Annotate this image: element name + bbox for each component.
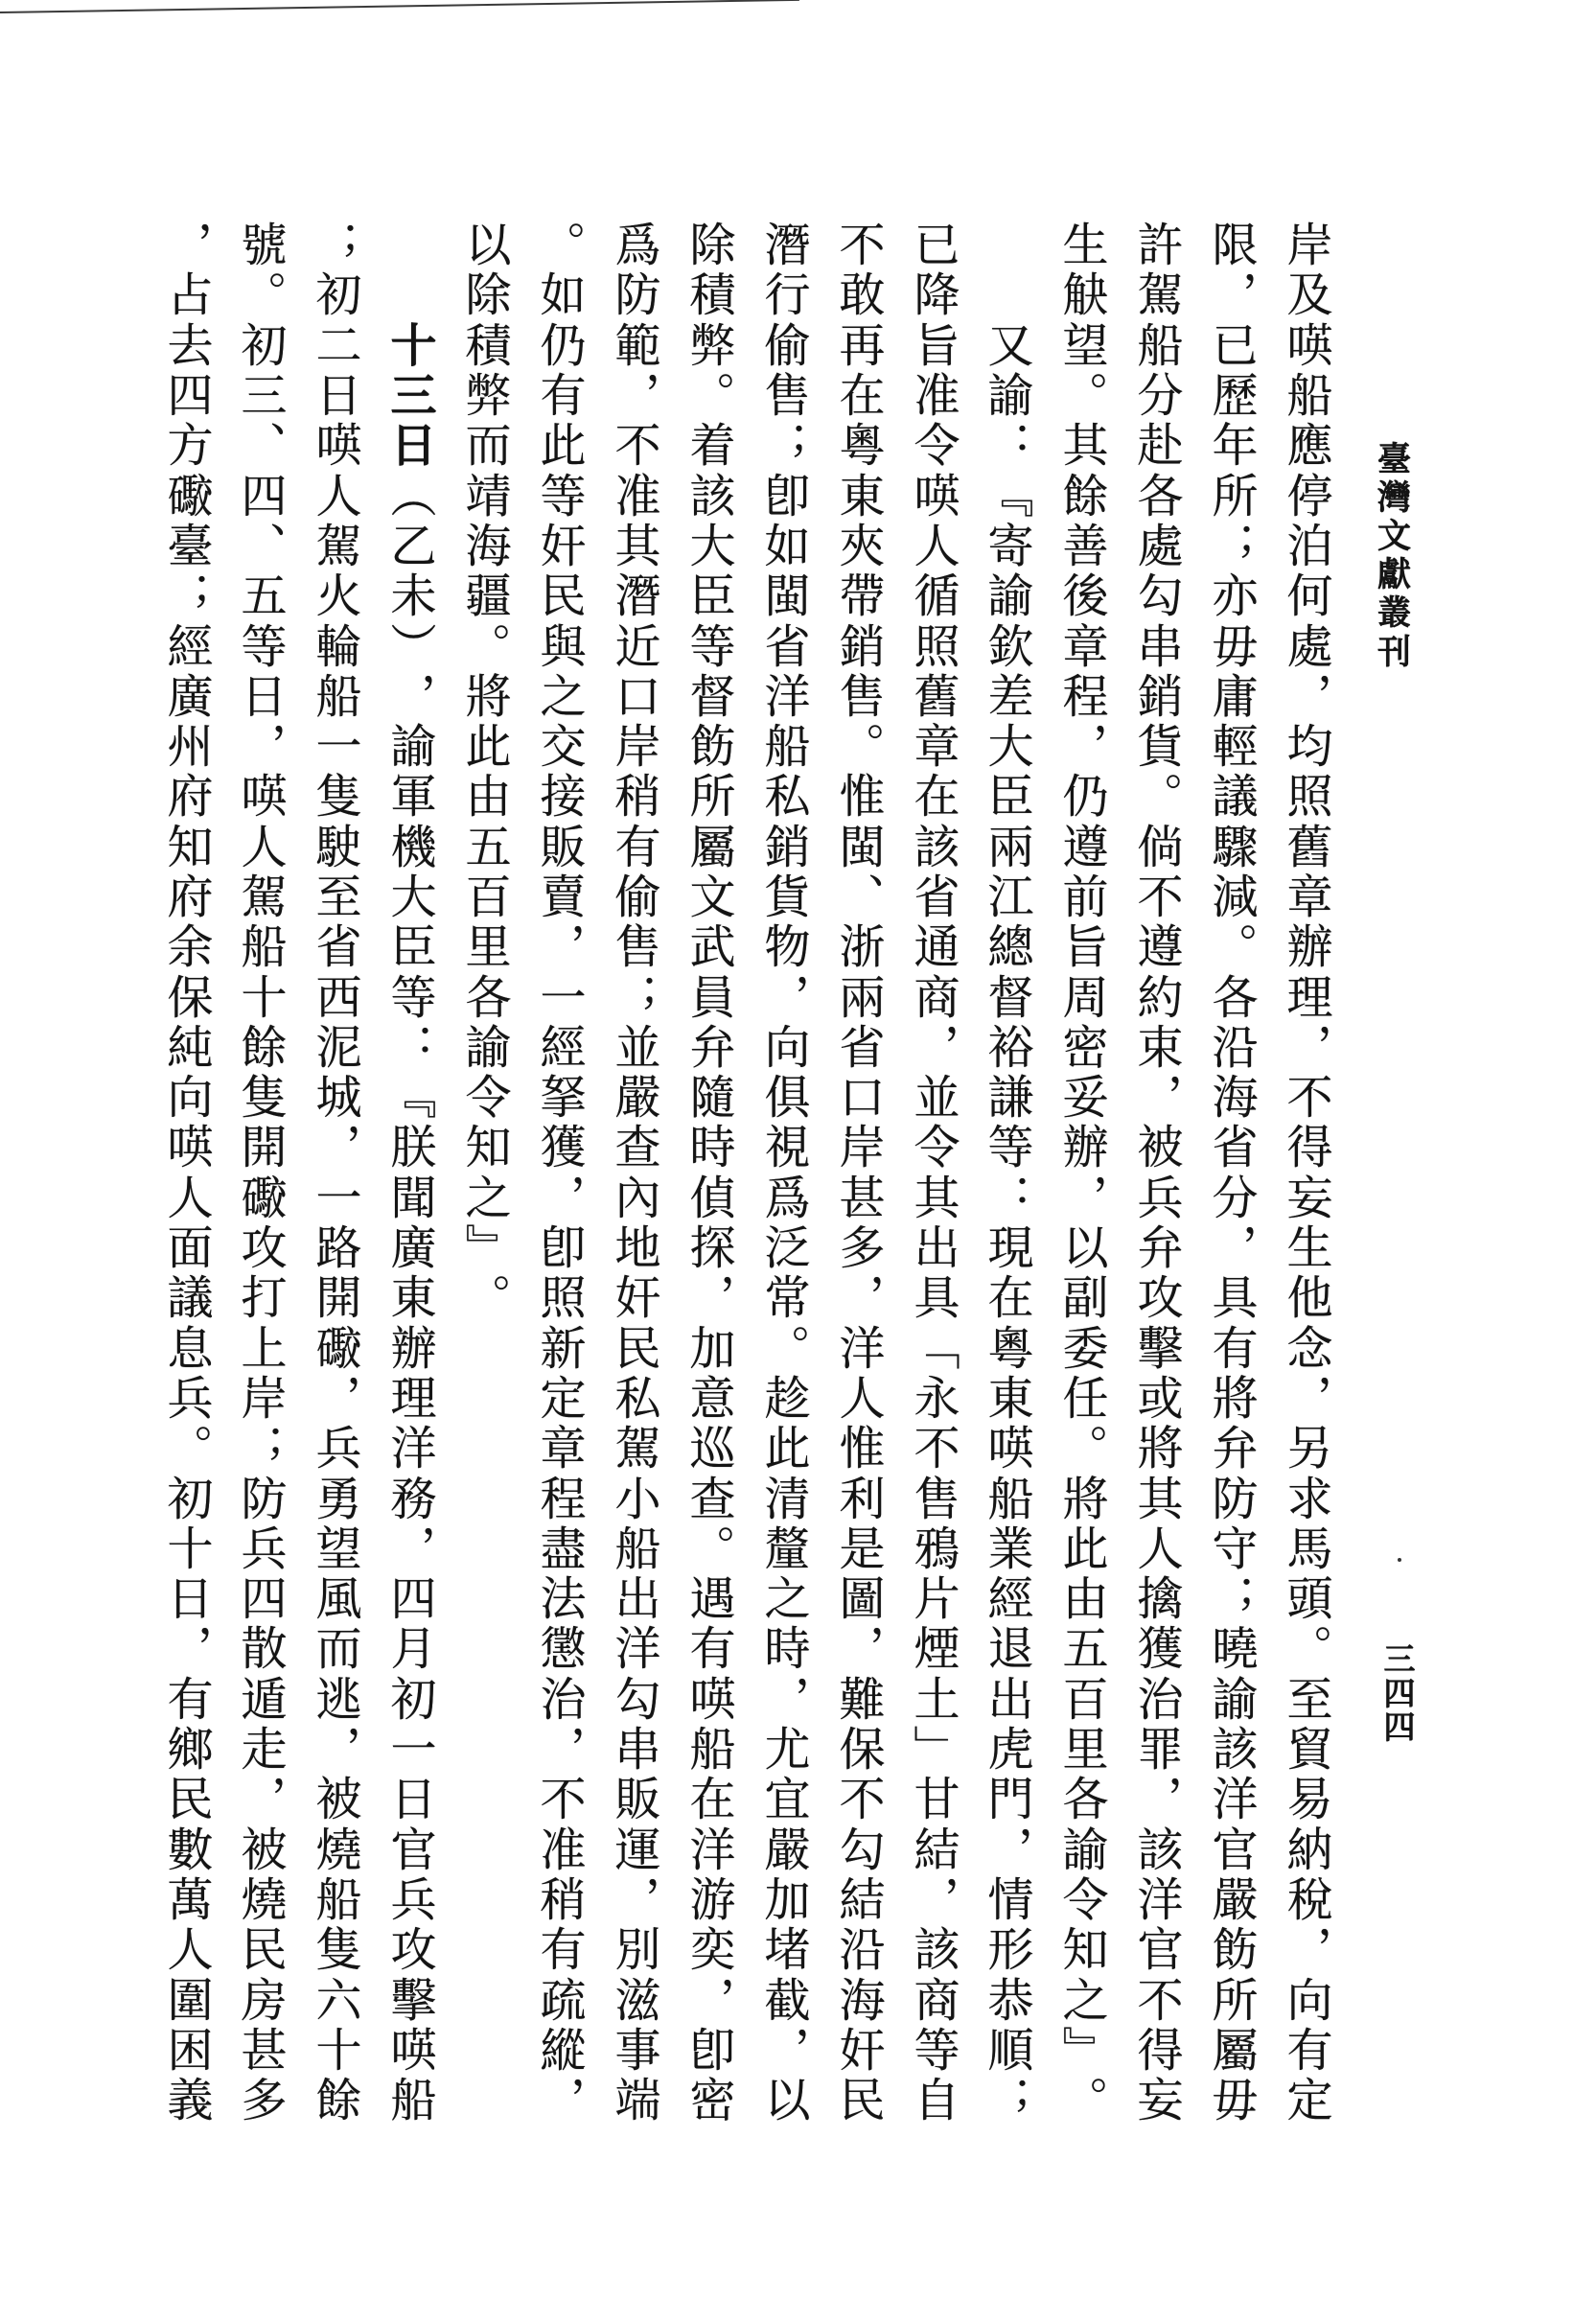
glyph: 販 (530, 821, 588, 871)
glyph: ， (381, 1522, 438, 1572)
glyph: 省 (1202, 1121, 1260, 1171)
glyph: 售 (829, 670, 887, 720)
glyph: 弊 (455, 369, 513, 419)
glyph: 時 (680, 1121, 737, 1171)
glyph: 令 (1052, 1873, 1110, 1923)
glyph: 理 (381, 1372, 438, 1422)
text-column: 潛行偷售；卽如閩省洋船私銷貨物，向俱視爲泛常。趁此清釐之時，尤宜嚴加堵截，以 (754, 219, 812, 2124)
glyph: 日 (381, 419, 438, 469)
glyph: 日 (231, 670, 289, 720)
glyph: 至 (1277, 1673, 1334, 1723)
glyph: 稍 (530, 1873, 588, 1923)
glyph: 或 (1127, 1372, 1185, 1422)
glyph: 𠸄 (231, 770, 289, 820)
glyph: 四 (231, 1572, 289, 1622)
glyph: 令 (455, 1071, 513, 1121)
glyph: 查 (680, 1472, 737, 1522)
glyph: 辦 (1052, 1121, 1110, 1171)
glyph: 周 (1052, 970, 1110, 1020)
glyph: 等 (231, 619, 289, 669)
glyph: 售 (605, 920, 662, 970)
glyph: 號 (231, 219, 289, 268)
glyph: 岸 (231, 1372, 289, 1422)
glyph: 觖 (1052, 268, 1110, 318)
glyph: 宜 (754, 1773, 812, 1823)
glyph: 偷 (605, 871, 662, 920)
glyph: 銷 (829, 619, 887, 669)
glyph: 舊 (904, 670, 961, 720)
glyph: 洋 (1127, 1873, 1185, 1923)
text-column: 。如仍有此等奸民與之交接販賣，一經拏獲，卽照新定章程盡法懲治，不准稍有疏縱， (530, 219, 588, 2124)
glyph: 應 (1277, 419, 1334, 469)
glyph: 船 (381, 2074, 438, 2124)
glyph: 屬 (680, 821, 737, 871)
glyph: 別 (605, 1923, 662, 1973)
glyph: 。 (530, 219, 588, 268)
glyph: 。 (455, 1271, 513, 1321)
glyph: 所 (1202, 1973, 1260, 2023)
glyph: 將 (1052, 1472, 1110, 1522)
glyph: ； (306, 219, 363, 268)
glyph: 洋 (754, 670, 812, 720)
glyph: 該 (904, 1923, 961, 1973)
glyph: 困 (157, 2024, 215, 2074)
glyph: 日 (381, 1773, 438, 1823)
glyph: 辦 (1277, 920, 1334, 970)
glyph: 有 (680, 1622, 737, 1672)
glyph: 再 (829, 319, 887, 369)
glyph: 並 (904, 1071, 961, 1121)
glyph: 民 (605, 1322, 662, 1372)
glyph: 江 (978, 871, 1035, 920)
glyph: 餘 (306, 2074, 363, 2124)
text-column: 以除積弊而靖海疆。將此由五百里各諭令知之』。 (455, 219, 513, 1322)
page-number: 三四四 (1378, 1641, 1417, 1744)
glyph: 初 (231, 319, 289, 369)
glyph: 經 (157, 619, 215, 669)
glyph: 奕 (680, 1923, 737, 1973)
glyph: 三 (381, 369, 438, 419)
glyph: 船 (1127, 319, 1185, 369)
glyph: 具 (904, 1271, 961, 1321)
glyph: 總 (978, 920, 1035, 970)
glyph: 退 (978, 1622, 1035, 1672)
glyph: 得 (1127, 2024, 1185, 2074)
glyph: 任 (1052, 1372, 1110, 1422)
glyph: 商 (904, 970, 961, 1020)
glyph: 礮 (306, 1322, 363, 1372)
glyph: ， (381, 670, 438, 720)
glyph: 出 (605, 1572, 662, 1622)
glyph: 保 (157, 970, 215, 1020)
glyph: 東 (381, 1271, 438, 1321)
glyph: 隨 (680, 1071, 737, 1121)
glyph: 貨 (754, 871, 812, 920)
glyph: 帶 (829, 569, 887, 619)
glyph: 旨 (904, 319, 961, 369)
glyph: 另 (1277, 1422, 1334, 1472)
glyph: 閩 (829, 821, 887, 871)
glyph: 𠸄 (381, 2024, 438, 2074)
glyph: 貿 (1277, 1723, 1334, 1773)
glyph: 諭 (978, 369, 1035, 419)
glyph: 萬 (157, 1873, 215, 1923)
scan-edge-line (0, 0, 799, 13)
glyph: 束 (1127, 1021, 1185, 1071)
glyph: 後 (1052, 569, 1110, 619)
glyph: 物 (754, 920, 812, 970)
glyph: 有 (530, 369, 588, 419)
glyph: 守 (1202, 1522, 1260, 1572)
glyph: 等 (530, 469, 588, 519)
glyph: 妄 (1127, 2074, 1185, 2124)
glyph: 如 (754, 520, 812, 569)
glyph: 納 (1277, 1824, 1334, 1873)
glyph: ， (530, 2074, 588, 2124)
glyph: 不 (829, 219, 887, 268)
glyph: ； (231, 1422, 289, 1472)
glyph: 省 (829, 1021, 887, 1071)
glyph: 已 (904, 219, 961, 268)
glyph: 治 (530, 1673, 588, 1723)
glyph: 西 (306, 970, 363, 1020)
glyph: 許 (1127, 219, 1185, 268)
glyph: 。 (1052, 369, 1110, 419)
glyph: 議 (157, 1271, 215, 1321)
glyph: 探 (680, 1221, 737, 1271)
glyph: 何 (1277, 569, 1334, 619)
glyph: 卽 (530, 1221, 588, 1271)
glyph: 多 (829, 1221, 887, 1271)
glyph: 此 (1052, 1522, 1110, 1572)
glyph: 已 (1202, 319, 1260, 369)
glyph: 片 (904, 1572, 961, 1622)
glyph: 擒 (1127, 1572, 1185, 1622)
glyph: 、 (829, 871, 887, 920)
glyph: 浙 (829, 920, 887, 970)
text-column: 除積弊。着該大臣等督飭所屬文武員弁隨時偵探，加意巡查。遇有𠸄船在洋游奕，卽密 (680, 219, 737, 2124)
glyph: ， (829, 1271, 887, 1321)
glyph: 日 (157, 1572, 215, 1622)
glyph: 海 (455, 520, 513, 569)
glyph: 十 (306, 2024, 363, 2074)
glyph: 海 (829, 1973, 887, 2023)
glyph: 岸 (605, 720, 662, 770)
glyph: 被 (306, 1773, 363, 1823)
glyph: 泊 (1277, 520, 1334, 569)
glyph: 將 (1127, 1422, 1185, 1472)
glyph: 又 (978, 319, 1035, 369)
glyph: 勾 (605, 1673, 662, 1723)
glyph: 減 (1202, 871, 1260, 920)
glyph: 旨 (1052, 920, 1110, 970)
glyph: 生 (1052, 219, 1110, 268)
glyph: 等 (680, 619, 737, 669)
glyph: ， (605, 369, 662, 419)
glyph: 、 (231, 419, 289, 469)
glyph: 防 (605, 268, 662, 318)
glyph: 機 (381, 821, 438, 871)
glyph: 以 (754, 2074, 812, 2124)
glyph: 臣 (680, 569, 737, 619)
glyph: ， (754, 1673, 812, 1723)
glyph: 有 (157, 1673, 215, 1723)
glyph: ； (157, 569, 215, 619)
text-column: 已降旨准令𠸄人循照舊章在該省通商，並令其出具「永不售鴉片煙土」甘結，該商等自 (904, 219, 961, 2124)
glyph: 諭 (455, 1021, 513, 1071)
glyph: 民 (157, 1773, 215, 1823)
glyph: 省 (904, 871, 961, 920)
glyph: 知 (157, 821, 215, 871)
glyph: 刊 (1373, 631, 1411, 669)
glyph: 遇 (680, 1572, 737, 1622)
glyph: 洋 (829, 1322, 887, 1372)
glyph: 飭 (680, 720, 737, 770)
glyph: 擊 (381, 1973, 438, 2023)
glyph: 念 (1277, 1322, 1334, 1372)
glyph: 堵 (754, 1923, 812, 1973)
glyph: 遵 (1052, 821, 1110, 871)
glyph: 員 (680, 970, 737, 1020)
glyph: 驟 (1202, 821, 1260, 871)
glyph: 。 (157, 1422, 215, 1472)
glyph: 。 (1202, 920, 1260, 970)
glyph: ） (381, 619, 438, 669)
glyph: 分 (1202, 1172, 1260, 1221)
glyph: 其 (1052, 419, 1110, 469)
glyph: 該 (1127, 1824, 1185, 1873)
glyph: 岸 (1277, 219, 1334, 268)
glyph: 州 (157, 720, 215, 770)
glyph: 文 (680, 871, 737, 920)
glyph: 善 (1052, 520, 1110, 569)
glyph: ， (1127, 1773, 1185, 1823)
glyph: 散 (231, 1622, 289, 1672)
glyph: 處 (1127, 520, 1185, 569)
glyph: ， (157, 219, 215, 268)
glyph: ， (1277, 1372, 1334, 1422)
glyph: ； (754, 419, 812, 469)
glyph: 官 (1127, 1923, 1185, 1973)
glyph: 前 (1052, 871, 1110, 920)
glyph: ： (978, 1172, 1035, 1221)
glyph: ， (231, 720, 289, 770)
glyph: 偵 (680, 1172, 737, 1221)
glyph: 廣 (381, 1221, 438, 1271)
glyph: 向 (1277, 1973, 1334, 2023)
glyph: 大 (680, 520, 737, 569)
glyph: 軍 (381, 770, 438, 820)
glyph: 議 (1202, 770, 1260, 820)
glyph: 省 (754, 619, 812, 669)
glyph: 保 (829, 1723, 887, 1773)
glyph: 私 (754, 770, 812, 820)
glyph: 業 (978, 1522, 1035, 1572)
glyph: ； (1202, 520, 1260, 569)
glyph: 勾 (829, 1824, 887, 1873)
glyph: ， (1127, 1071, 1185, 1121)
glyph: 𠸄 (157, 1121, 215, 1171)
glyph: 除 (455, 268, 513, 318)
glyph: 臺 (1373, 438, 1411, 476)
glyph: 一 (306, 720, 363, 770)
glyph: 難 (829, 1673, 887, 1723)
glyph: 四 (381, 1572, 438, 1622)
glyph: 經 (530, 1021, 588, 1071)
glyph: 得 (1277, 1121, 1334, 1171)
glyph: 該 (904, 821, 961, 871)
glyph: 他 (1277, 1271, 1334, 1321)
glyph: 加 (754, 1873, 812, 1923)
text-column-paragraph-start: 又諭：『寄諭欽差大臣兩江總督裕謙等：現在粵東𠸄船業經退出虎門，情形恭順； (978, 319, 1035, 2125)
glyph: 』 (455, 1221, 513, 1271)
glyph: 六 (306, 1973, 363, 2023)
glyph: 𠸄 (978, 1422, 1035, 1472)
glyph: 各 (1127, 469, 1185, 519)
glyph: 弊 (680, 319, 737, 369)
text-column-paragraph-start: 十三日 （乙未），諭軍機大臣等：『朕聞廣東辦理洋務，四月初一日官兵攻擊𠸄船 (381, 319, 438, 2125)
glyph: 仍 (530, 319, 588, 369)
glyph: 防 (1202, 1472, 1260, 1522)
glyph: 獲 (1127, 1622, 1185, 1672)
glyph: 臣 (381, 920, 438, 970)
glyph: 洋 (1202, 1773, 1260, 1823)
glyph: 火 (306, 569, 363, 619)
glyph: 通 (904, 920, 961, 970)
glyph: 礮 (157, 469, 215, 519)
glyph: ； (978, 2074, 1035, 2124)
glyph: 擊 (1127, 1322, 1185, 1372)
glyph: 礮 (231, 1172, 289, 1221)
glyph: 均 (1277, 720, 1334, 770)
glyph: 屬 (1202, 2024, 1260, 2074)
glyph: 義 (157, 2074, 215, 2124)
glyph: ， (978, 1824, 1035, 1873)
glyph: 疆 (455, 569, 513, 619)
glyph: 四 (231, 469, 289, 519)
glyph: 諭 (1052, 1824, 1110, 1873)
glyph: 『 (381, 1071, 438, 1121)
glyph: 一 (381, 1723, 438, 1773)
glyph: 其 (605, 520, 662, 569)
glyph: 督 (680, 670, 737, 720)
glyph: 夾 (829, 520, 887, 569)
glyph: 着 (680, 419, 737, 469)
glyph: 初 (306, 268, 363, 318)
glyph: 謙 (978, 1071, 1035, 1121)
glyph: 敢 (829, 268, 887, 318)
glyph: 船 (1277, 369, 1334, 419)
glyph: 新 (530, 1322, 588, 1372)
glyph: 兵 (231, 1522, 289, 1572)
glyph: 盡 (530, 1522, 588, 1572)
glyph: 尤 (754, 1723, 812, 1773)
glyph: 此 (530, 419, 588, 469)
glyph: 治 (1127, 1673, 1185, 1723)
glyph: 弁 (1202, 1422, 1260, 1472)
glyph: 形 (978, 1923, 1035, 1973)
glyph: 接 (530, 770, 588, 820)
glyph: 十 (231, 970, 289, 1020)
glyph: 土 (904, 1673, 961, 1723)
glyph: 初 (381, 1673, 438, 1723)
glyph: 城 (306, 1071, 363, 1121)
glyph: 曉 (1202, 1622, 1260, 1672)
glyph: 人 (157, 1923, 215, 1973)
glyph: 分 (1127, 369, 1185, 419)
glyph: 泛 (754, 1221, 812, 1271)
glyph: 十 (381, 319, 438, 369)
glyph: ； (605, 970, 662, 1020)
glyph: 叢 (1373, 592, 1411, 631)
glyph: 該 (680, 469, 737, 519)
glyph: 庸 (1202, 670, 1260, 720)
glyph: 門 (978, 1773, 1035, 1823)
glyph: 沿 (829, 1923, 887, 1973)
glyph: 等 (978, 1121, 1035, 1171)
glyph: 情 (978, 1873, 1035, 1923)
glyph: 出 (978, 1673, 1035, 1723)
glyph: 兵 (381, 1873, 438, 1923)
glyph: 交 (530, 720, 588, 770)
glyph: 四 (157, 369, 215, 419)
glyph: 串 (605, 1723, 662, 1773)
glyph: 逃 (306, 1673, 363, 1723)
glyph: 降 (904, 268, 961, 318)
glyph: 委 (1052, 1322, 1110, 1372)
glyph: 其 (904, 1172, 961, 1221)
glyph: 臺 (157, 520, 215, 569)
glyph: 有 (530, 1923, 588, 1973)
glyph: 。 (455, 619, 513, 669)
glyph: 約 (1127, 970, 1185, 1020)
glyph: 賣 (530, 871, 588, 920)
glyph: 令 (904, 419, 961, 469)
glyph: 甘 (904, 1773, 961, 1823)
glyph: 潛 (605, 569, 662, 619)
glyph: 如 (530, 268, 588, 318)
book-page: 臺灣文獻叢刊 三四四 岸及𠸄船應停泊何處，均照舊章辦理，不得妄生他念，另求馬頭。… (0, 0, 1596, 2300)
glyph: 在 (680, 1773, 737, 1823)
glyph: 准 (530, 1824, 588, 1873)
glyph: 防 (231, 1472, 289, 1522)
glyph: 官 (381, 1824, 438, 1873)
glyph: 嚴 (605, 1071, 662, 1121)
glyph: 舊 (1277, 821, 1334, 871)
glyph: 此 (455, 720, 513, 770)
glyph: 府 (157, 871, 215, 920)
glyph: 限 (1202, 219, 1260, 268)
glyph: 赴 (1127, 419, 1185, 469)
glyph: 等 (381, 970, 438, 1020)
glyph: 數 (157, 1824, 215, 1873)
glyph: 販 (605, 1773, 662, 1823)
glyph: 照 (1277, 770, 1334, 820)
glyph: 船 (306, 1873, 363, 1923)
glyph: 令 (904, 1121, 961, 1171)
glyph: 府 (157, 770, 215, 820)
glyph: 寄 (978, 520, 1035, 569)
glyph: 圍 (157, 1973, 215, 2023)
glyph: ： (978, 419, 1035, 469)
glyph: 不 (1277, 1071, 1334, 1121)
glyph: 由 (1052, 1572, 1110, 1622)
glyph: 大 (381, 871, 438, 920)
glyph: 仍 (1052, 770, 1110, 820)
glyph: 臣 (978, 770, 1035, 820)
glyph: 具 (1202, 1271, 1260, 1321)
glyph: 向 (157, 1071, 215, 1121)
